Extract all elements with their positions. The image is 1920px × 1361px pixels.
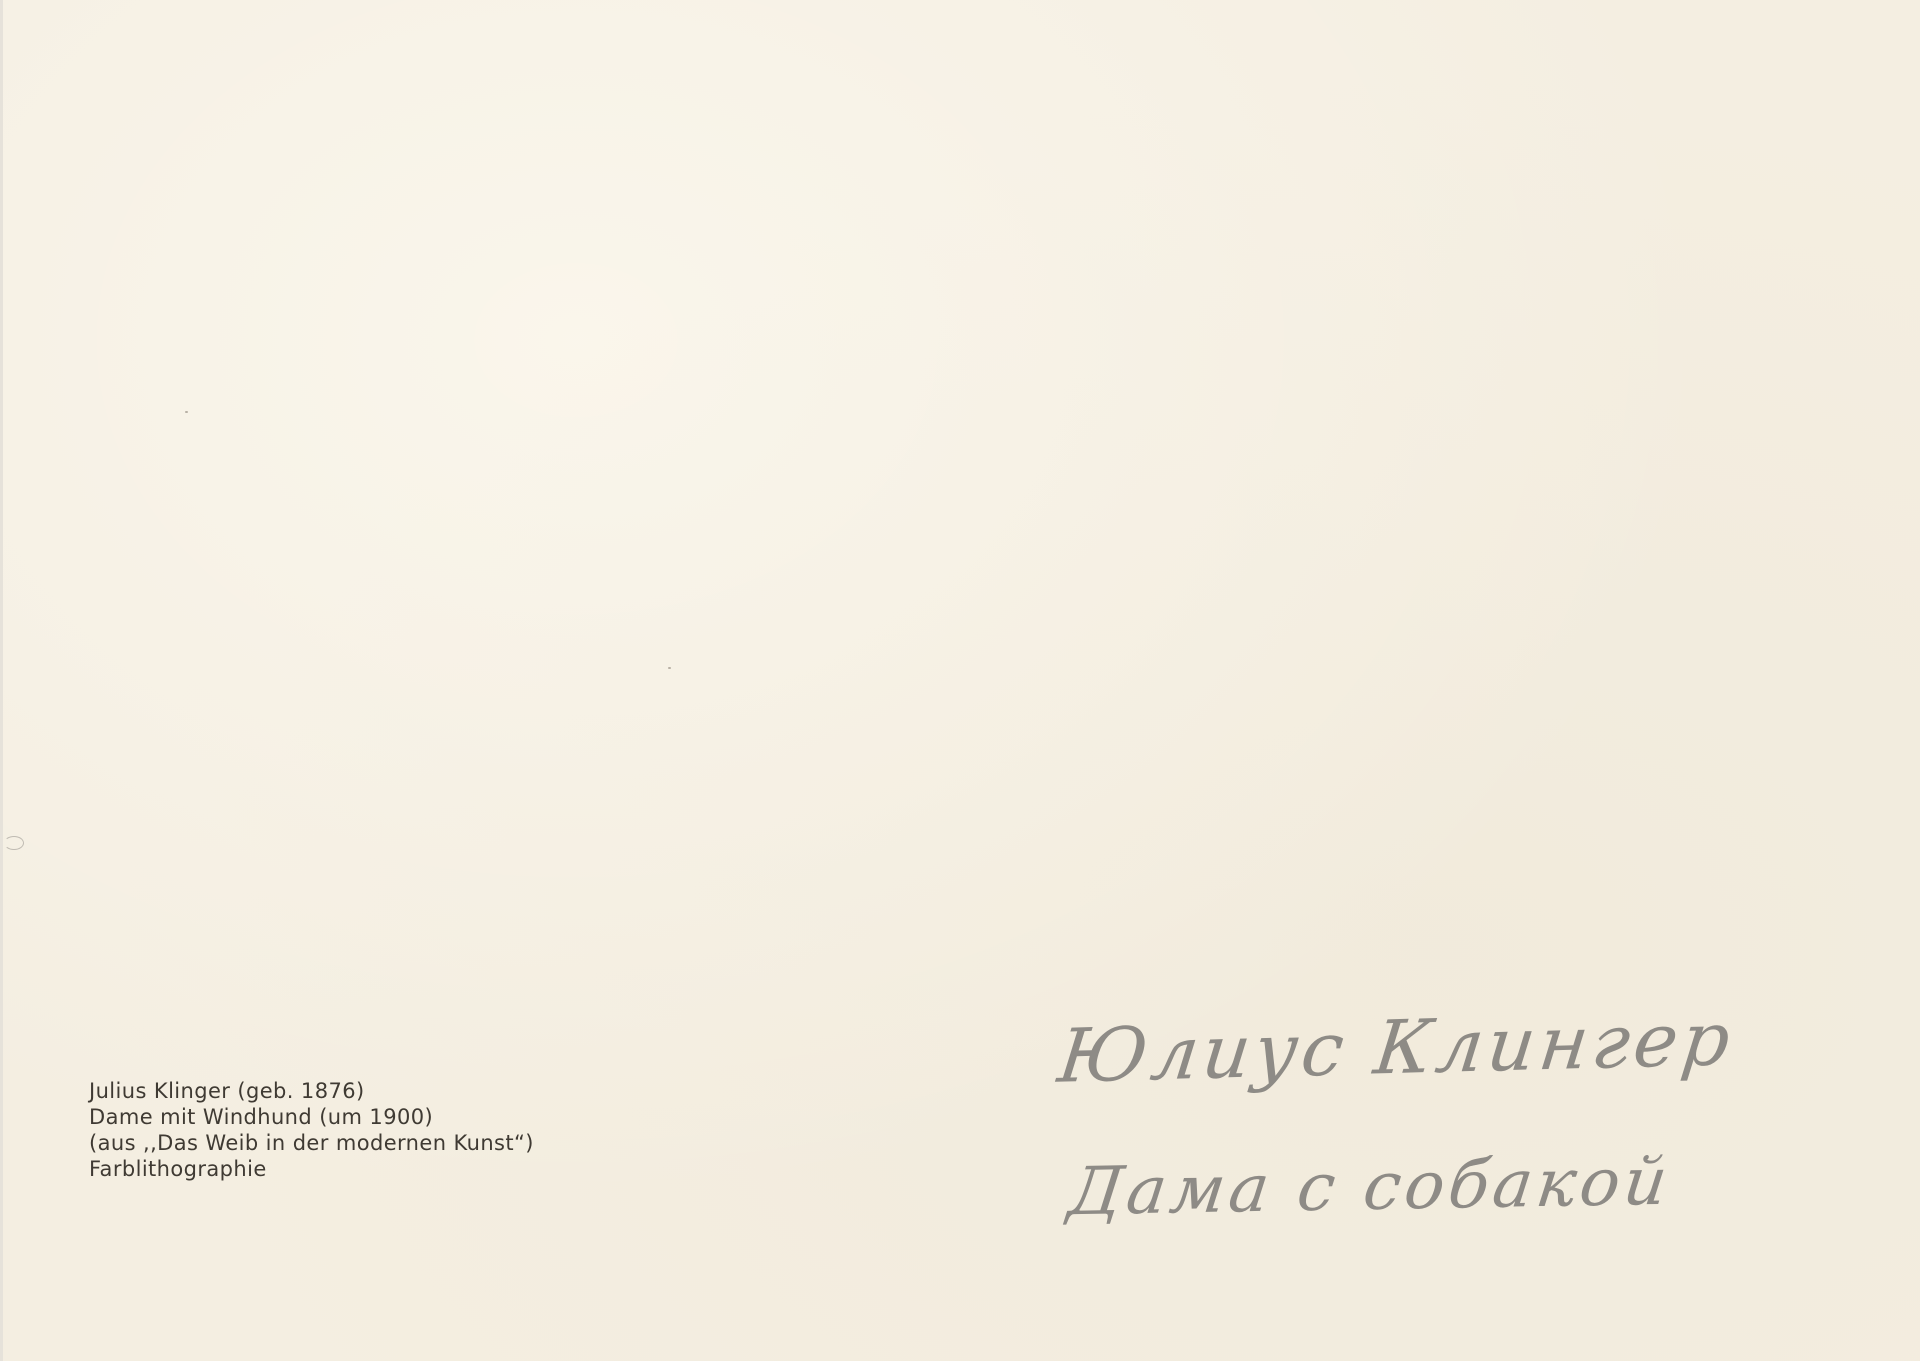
card-edge	[0, 0, 3, 1361]
caption-title: Dame mit Windhund (um 1900)	[89, 1104, 534, 1130]
handwritten-title: Дама с собакой	[1065, 1143, 1676, 1230]
caption-technique: Farblithographie	[89, 1156, 534, 1182]
caption-artist: Julius Klinger (geb. 1876)	[89, 1078, 534, 1104]
caption-source: (aus ,,Das Weib in der modernen Kunst“)	[89, 1130, 534, 1156]
pencil-squiggle	[4, 836, 24, 850]
handwritten-artist-name: Юлиус Клингер	[1054, 996, 1738, 1100]
printed-caption: Julius Klinger (geb. 1876) Dame mit Wind…	[89, 1078, 534, 1182]
paper-speck	[185, 411, 188, 413]
paper-speck	[668, 667, 671, 669]
postcard-back: Julius Klinger (geb. 1876) Dame mit Wind…	[0, 0, 1920, 1361]
